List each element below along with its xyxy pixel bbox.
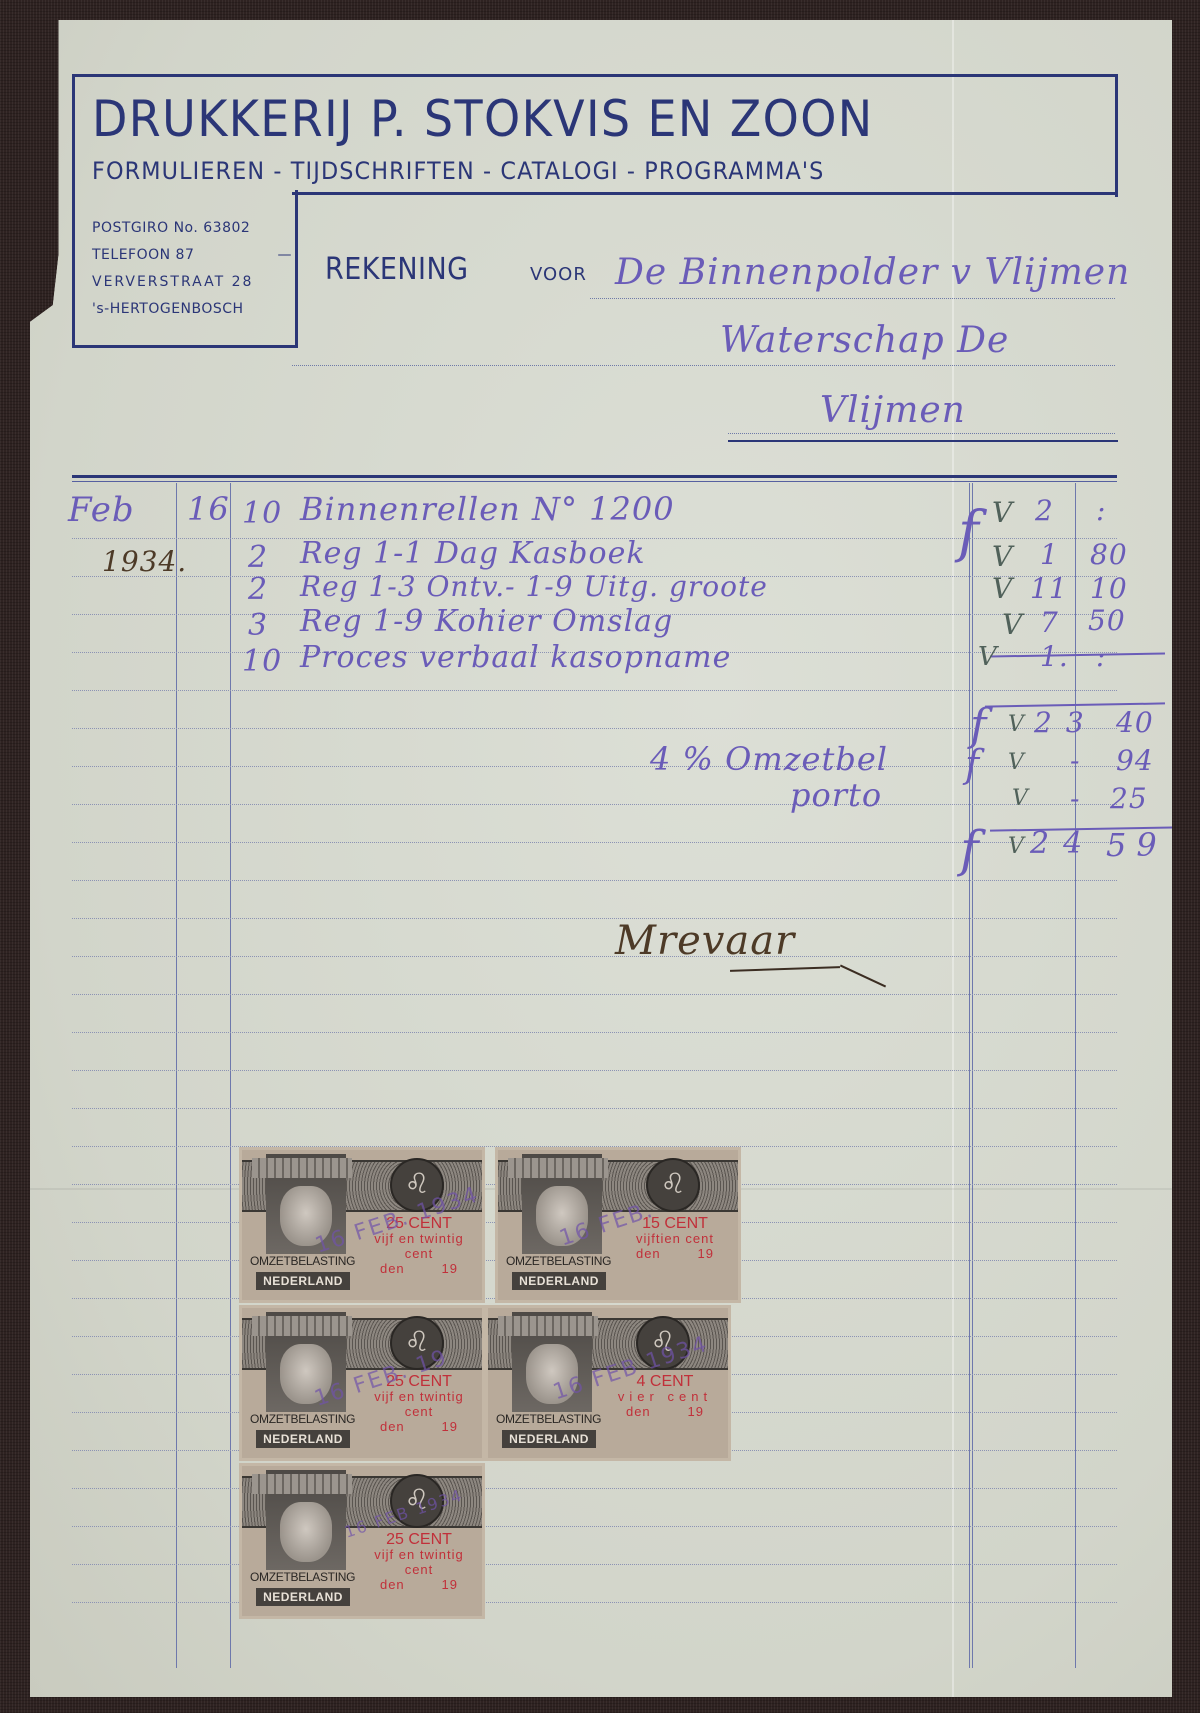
stamp-country: NEDERLAND bbox=[256, 1430, 350, 1448]
postage-label: porto bbox=[790, 776, 882, 814]
signature-flourish bbox=[840, 965, 886, 988]
stamp-value-words: vier cent bbox=[606, 1389, 724, 1404]
column-rule-amount-a bbox=[969, 483, 970, 1668]
recipient-town: Vlijmen bbox=[820, 390, 966, 431]
line-item-cents: : bbox=[1096, 640, 1106, 673]
postage-guilders: - bbox=[1070, 782, 1080, 815]
line-item-cents: 80 bbox=[1090, 538, 1128, 571]
check-mark: V bbox=[992, 540, 1013, 573]
ruled-line bbox=[72, 804, 1117, 805]
recipient-org: Waterschap De bbox=[720, 320, 1009, 361]
stamp-value-words: vijf en twintig bbox=[360, 1547, 478, 1562]
line-item-qty: 10 bbox=[242, 644, 282, 679]
lion-emblem-icon: ♌ bbox=[646, 1158, 700, 1212]
line-item-cents: 50 bbox=[1088, 604, 1126, 637]
telefoon: TELEFOON 87 bbox=[92, 247, 194, 263]
stamp-country: NEDERLAND bbox=[256, 1588, 350, 1606]
recipient-name: De Binnenpolder v Vlijmen bbox=[615, 252, 1130, 293]
line-item-guilders: 11 bbox=[1030, 572, 1068, 605]
line-item-guilders: 1. bbox=[1040, 640, 1069, 673]
ruled-line bbox=[72, 1564, 1117, 1565]
stamp-headdress bbox=[498, 1316, 598, 1336]
stamp-tax-label: OMZETBELASTING bbox=[250, 1412, 355, 1426]
contact-block: POSTGIRO No. 63802 TELEFOON 87 — VERVERS… bbox=[92, 215, 292, 323]
column-rule-cents bbox=[1075, 483, 1076, 1668]
line-item-qty: 2 bbox=[248, 572, 268, 607]
ruled-line bbox=[72, 1108, 1117, 1109]
tax-label: 4 % Omzetbel bbox=[650, 740, 888, 778]
check-mark: V bbox=[978, 642, 998, 672]
ruled-line bbox=[72, 1488, 1117, 1489]
stamp-date-line: den 19 bbox=[360, 1577, 478, 1592]
column-rule-day bbox=[230, 483, 231, 1668]
postage-cents: 25 bbox=[1110, 782, 1148, 815]
currency-florin-mark: f bbox=[965, 742, 980, 786]
line-item-qty: 2 bbox=[248, 540, 268, 575]
company-services: FORMULIEREN - TIJDSCHRIFTEN - CATALOGI -… bbox=[92, 157, 1031, 185]
signature: Mrevaar bbox=[615, 918, 795, 964]
currency-florin-mark: f bbox=[958, 500, 980, 565]
stamp-headdress bbox=[252, 1316, 352, 1336]
signature-flourish bbox=[730, 966, 840, 972]
table-top-rule-thin bbox=[72, 481, 1117, 482]
column-rule-month bbox=[176, 483, 177, 1668]
stamp-tax-label: OMZETBELASTING bbox=[250, 1570, 355, 1584]
check-mark: V bbox=[1008, 712, 1025, 737]
check-mark: V bbox=[1008, 834, 1025, 859]
stamp-date-line: den 19 bbox=[360, 1419, 478, 1434]
line-item-qty: 10 bbox=[242, 496, 282, 531]
city: 's-HERTOGENBOSCH bbox=[92, 296, 292, 323]
entry-year: 1934. bbox=[102, 545, 187, 578]
subtotal-guilders: 23 bbox=[1034, 706, 1098, 739]
revenue-stamp: ♌ OMZETBELASTING NEDERLAND 25 CENT vijf … bbox=[242, 1308, 482, 1458]
entry-day: 16 bbox=[187, 490, 230, 528]
stamp-value: 25 CENT bbox=[360, 1532, 478, 1547]
entry-month: Feb bbox=[68, 490, 135, 530]
check-mark: V bbox=[1012, 786, 1029, 811]
telefoon-dash: — bbox=[278, 242, 293, 269]
stamp-tax-label: OMZETBELASTING bbox=[496, 1412, 601, 1426]
stamp-date-line: den 19 bbox=[360, 1261, 478, 1276]
for-label: VOOR bbox=[530, 264, 587, 285]
stamp-headdress bbox=[252, 1474, 352, 1494]
line-item-qty: 3 bbox=[248, 608, 268, 643]
line-item-description: Proces verbaal kasopname bbox=[300, 640, 731, 675]
line-item-guilders: 7 bbox=[1040, 606, 1059, 639]
line-item-guilders: 1 bbox=[1040, 538, 1059, 571]
currency-florin-mark: f bbox=[960, 820, 980, 878]
ruled-line bbox=[72, 994, 1117, 995]
revenue-stamp: ♌ OMZETBELASTING NEDERLAND 15 CENT vijft… bbox=[498, 1150, 738, 1300]
recipient-line-3-rule bbox=[728, 433, 1115, 434]
total-cents: 59 bbox=[1106, 826, 1167, 864]
stamp-face bbox=[280, 1502, 332, 1562]
check-mark: V bbox=[1002, 608, 1023, 641]
check-mark: V bbox=[1008, 750, 1025, 775]
stamp-headdress bbox=[252, 1158, 352, 1178]
ruled-line bbox=[72, 956, 1117, 957]
tax-guilders: - bbox=[1070, 744, 1080, 777]
telefoon-row: TELEFOON 87 — bbox=[92, 242, 292, 269]
invoice-label: REKENING bbox=[325, 252, 468, 287]
ruled-line bbox=[72, 690, 1117, 691]
line-item-description: Reg 1-3 Ontv.- 1-9 Uitg. groote bbox=[300, 570, 768, 603]
ruled-line bbox=[72, 918, 1117, 919]
stamp-value-words-2: cent bbox=[360, 1562, 478, 1577]
stamp-country: NEDERLAND bbox=[256, 1272, 350, 1290]
stamp-date-line: den 19 bbox=[616, 1246, 734, 1261]
column-rule-amount-b bbox=[972, 483, 973, 1668]
ruled-line bbox=[72, 1070, 1117, 1071]
stamp-country: NEDERLAND bbox=[512, 1272, 606, 1290]
check-mark: V bbox=[992, 572, 1013, 605]
stamp-value-words-2: cent bbox=[360, 1246, 478, 1261]
stamp-headdress bbox=[508, 1158, 608, 1178]
company-name: DRUKKERIJ P. STOKVIS EN ZOON bbox=[92, 90, 1021, 148]
line-item-description: Reg 1-1 Dag Kasboek bbox=[300, 536, 646, 571]
ruled-line bbox=[72, 1602, 1117, 1603]
stamp-value-words: vijftien cent bbox=[616, 1231, 734, 1246]
stamp-country: NEDERLAND bbox=[502, 1430, 596, 1448]
recipient-underline bbox=[728, 440, 1118, 442]
ruled-line bbox=[72, 766, 1117, 767]
ruled-line bbox=[72, 1032, 1117, 1033]
postgiro: POSTGIRO No. 63802 bbox=[92, 215, 292, 242]
check-mark: V bbox=[992, 496, 1013, 529]
total-guilders: 24 bbox=[1030, 826, 1096, 861]
revenue-stamp: ♌ OMZETBELASTING NEDERLAND 25 CENT vijf … bbox=[242, 1150, 482, 1300]
ruled-line bbox=[72, 880, 1117, 881]
table-top-rule bbox=[72, 475, 1117, 478]
line-item-description: Binnenrellen N° 1200 bbox=[300, 490, 675, 528]
address: VERVERSTRAAT 28 bbox=[92, 269, 292, 296]
recipient-line-2-rule bbox=[292, 365, 1115, 366]
line-item-description: Reg 1-9 Kohier Omslag bbox=[300, 604, 673, 639]
line-item-guilders: 2 bbox=[1035, 494, 1054, 527]
ruled-line bbox=[72, 1146, 1117, 1147]
line-item-cents: : bbox=[1096, 494, 1106, 527]
stamp-value-words-2: cent bbox=[360, 1404, 478, 1419]
stamp-date-line: den 19 bbox=[606, 1404, 724, 1419]
stamp-value-block: 25 CENT vijf en twintig cent den 19 bbox=[360, 1532, 478, 1592]
line-item-cents: 10 bbox=[1090, 572, 1128, 605]
stamp-tax-label: OMZETBELASTING bbox=[250, 1254, 355, 1268]
revenue-stamp: ♌ OMZETBELASTING NEDERLAND 25 CENT vijf … bbox=[242, 1466, 482, 1616]
stamp-tax-label: OMZETBELASTING bbox=[506, 1254, 611, 1268]
revenue-stamp: ♌ OMZETBELASTING NEDERLAND 4 CENT vier c… bbox=[488, 1308, 728, 1458]
letterhead-divider bbox=[292, 192, 1115, 195]
ruled-line bbox=[72, 728, 1117, 729]
ruled-line bbox=[72, 1526, 1117, 1527]
subtotal-rule-1 bbox=[990, 652, 1165, 657]
invoice-paper: DRUKKERIJ P. STOKVIS EN ZOON FORMULIEREN… bbox=[30, 20, 1172, 1697]
subtotal-cents: 40 bbox=[1116, 706, 1154, 739]
tax-cents: 94 bbox=[1116, 744, 1154, 777]
recipient-line-1-rule bbox=[590, 298, 1115, 299]
